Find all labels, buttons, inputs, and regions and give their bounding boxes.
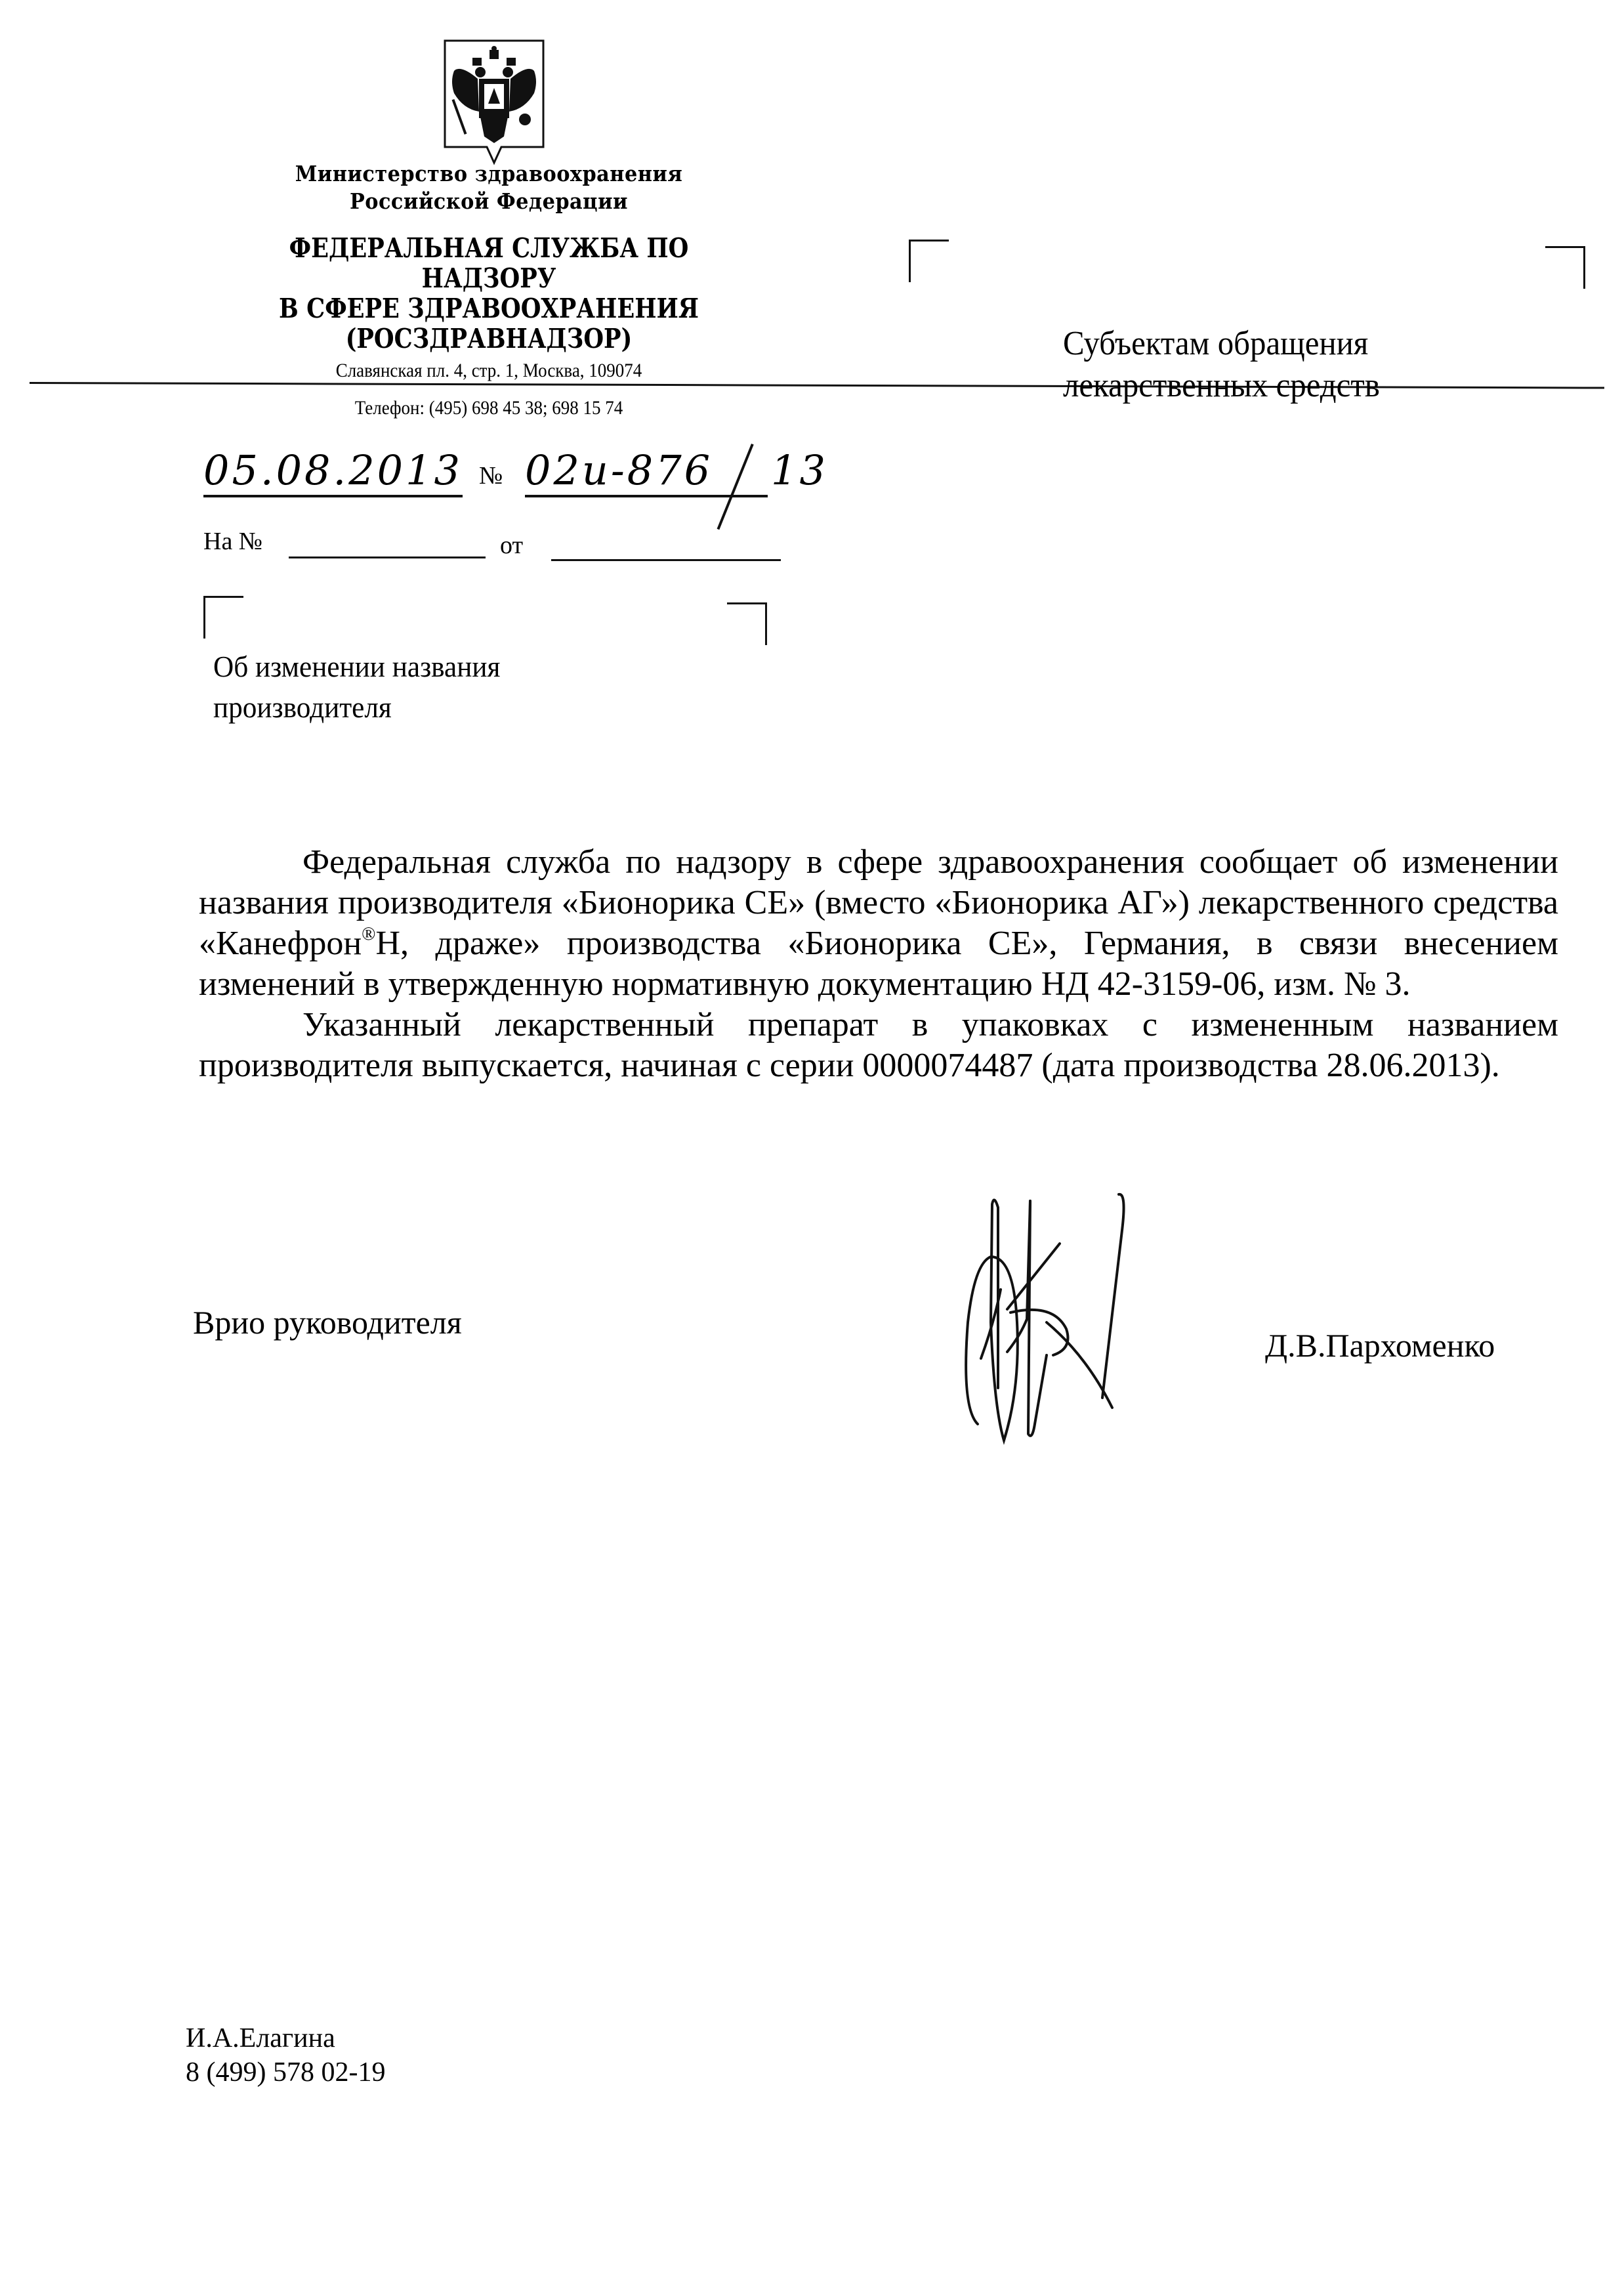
- addressee-corner-top-left: [909, 240, 949, 282]
- paragraph-1-part-2: Н, драже» производства «Бионорика СЕ», Г…: [199, 925, 1558, 1003]
- agency-line-1: ФЕДЕРАЛЬНАЯ СЛУЖБА ПО НАДЗОРУ: [238, 233, 739, 293]
- number-sign: №: [479, 459, 503, 492]
- reply-date-blank: [551, 559, 781, 561]
- agency-line-3: (РОСЗДРАВНАДЗОР): [238, 324, 739, 354]
- agency-name: ФЕДЕРАЛЬНАЯ СЛУЖБА ПО НАДЗОРУ В СФЕРЕ ЗД…: [238, 233, 739, 354]
- letter-body: Федеральная служба по надзору в сфере зд…: [199, 842, 1558, 1086]
- agency-line-2: В СФЕРЕ ЗДРАВООХРАНЕНИЯ: [238, 293, 739, 324]
- executor-info: И.А.Елагина 8 (499) 578 02-19: [186, 2021, 385, 2089]
- addressee-line-1: Субъектам обращения: [1063, 323, 1380, 365]
- executor-phone: 8 (499) 578 02-19: [186, 2055, 385, 2089]
- subject-corner-top-left: [203, 596, 243, 639]
- registered-mark: ®: [362, 924, 375, 944]
- reply-number-blank: [289, 556, 486, 558]
- signatory-name: Д.В.Пархоменко: [1265, 1326, 1495, 1365]
- coat-of-arms-emblem-icon: [441, 38, 547, 167]
- subject-line-2: производителя: [213, 687, 500, 728]
- reply-number-label: На №: [203, 525, 262, 558]
- reply-date-label: от: [500, 529, 523, 562]
- letter-subject: Об изменении названия производителя: [213, 646, 500, 728]
- registration-number-suffix: 13: [771, 446, 828, 495]
- executor-name: И.А.Елагина: [186, 2021, 385, 2055]
- body-paragraph-2: Указанный лекарственный препарат в упако…: [199, 1005, 1558, 1086]
- addressee-line-2: лекарственных средств: [1063, 365, 1380, 407]
- body-paragraph-1: Федеральная служба по надзору в сфере зд…: [199, 842, 1558, 1005]
- ministry-line-1: Министерство здравоохранения: [220, 160, 758, 188]
- ministry-line-2: Российской Федерации: [220, 188, 758, 215]
- subject-line-1: Об изменении названия: [213, 646, 500, 687]
- subject-corner-top-right: [727, 602, 767, 645]
- ministry-name: Министерство здравоохранения Российской …: [220, 160, 758, 215]
- handwritten-signature-icon: [955, 1191, 1171, 1447]
- addressee-corner-top-right: [1545, 246, 1585, 289]
- agency-address: Славянская пл. 4, стр. 1, Москва, 109074: [226, 360, 752, 382]
- signatory-title: Врио руководителя: [193, 1303, 462, 1342]
- registration-number: 02и-876: [525, 446, 768, 497]
- addressee: Субъектам обращения лекарственных средст…: [1063, 323, 1380, 407]
- agency-phone: Телефон: (495) 698 45 38; 698 15 74: [226, 397, 752, 419]
- registration-date: 05.08.2013: [203, 446, 463, 497]
